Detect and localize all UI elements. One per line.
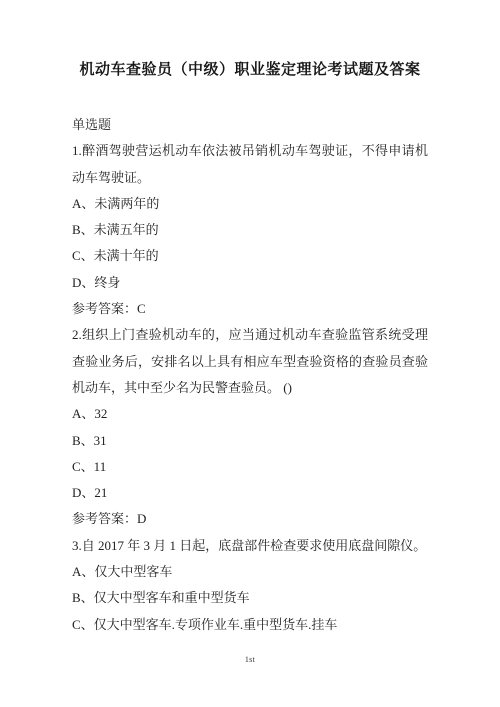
question-2-option-c: C、11 [72,454,428,480]
question-3-option-b: B、仅大中型客车和重中型货车 [72,585,428,611]
question-1-option-a: A、未满两年的 [72,191,428,217]
question-1-option-b: B、未满五年的 [72,217,428,243]
question-2-stem-line-1: 2.组织上门查验机动车的，应当通过机动车查验监管系统受理 [72,322,428,348]
question-2-stem-line-3: 机动车，其中至少名为民警查验员。 () [72,375,428,401]
question-3-option-a: A、仅大中型客车 [72,559,428,585]
question-1-stem-line-1: 1.醉酒驾驶营运机动车依法被吊销机动车驾驶证，不得申请机 [72,138,428,164]
question-1-stem-line-2: 动车驾驶证。 [72,165,428,191]
document-page: 机动车查验员（中级）职业鉴定理论考试题及答案 单选题 1.醉酒驾驶营运机动车依法… [0,0,500,707]
question-2-answer: 参考答案：D [72,506,428,532]
page-title: 机动车查验员（中级）职业鉴定理论考试题及答案 [0,0,500,82]
question-2-option-b: B、31 [72,428,428,454]
question-2-option-d: D、21 [72,480,428,506]
question-2-stem-line-2: 查验业务后，安排名以上具有相应车型查验资格的查验员查验 [72,349,428,375]
question-1-option-c: C、未满十年的 [72,243,428,269]
question-3-stem-line-1: 3.自 2017 年 3 月 1 日起，底盘部件检查要求使用底盘间隙仪。 [72,533,428,559]
document-body: 单选题 1.醉酒驾驶营运机动车依法被吊销机动车驾驶证，不得申请机 动车驾驶证。 … [0,112,500,638]
page-number: 1st [0,655,500,664]
question-3-option-c: C、仅大中型客车.专项作业车.重中型货车.挂车 [72,612,428,638]
question-1-answer: 参考答案：C [72,296,428,322]
section-heading: 单选题 [72,112,428,138]
question-2-option-a: A、32 [72,401,428,427]
question-1-option-d: D、终身 [72,270,428,296]
